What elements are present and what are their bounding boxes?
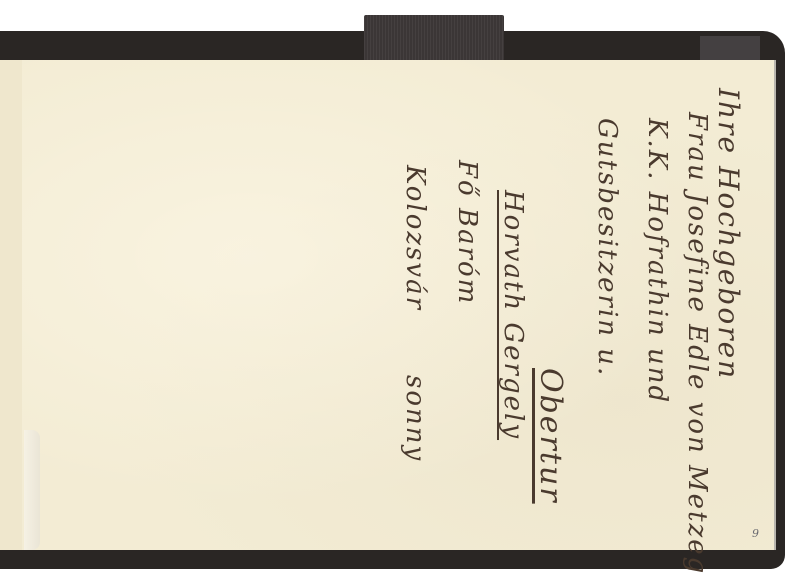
handwritten-line-5: Obertur	[533, 368, 568, 504]
handwritten-line-8: Kolozsvár	[400, 165, 430, 311]
cover-edge	[700, 36, 760, 60]
ribbon-tab	[364, 15, 504, 61]
handwritten-line-3: K.K. Hofrathin und	[642, 118, 672, 404]
page-number: 9	[752, 527, 759, 540]
handwritten-line-7: Fő Baróm	[452, 160, 482, 305]
handwritten-line-9: sonny	[400, 375, 430, 462]
binding-stitch	[24, 430, 40, 550]
handwritten-line-6: Horvath Gergely	[498, 190, 528, 440]
handwritten-line-1: Ihre Hochgeboren	[712, 88, 745, 380]
handwritten-line-4: Gutsbesitzerin u.	[592, 118, 622, 377]
handwritten-line-2: Frau Josefine Edle von Metzeg	[682, 112, 712, 575]
